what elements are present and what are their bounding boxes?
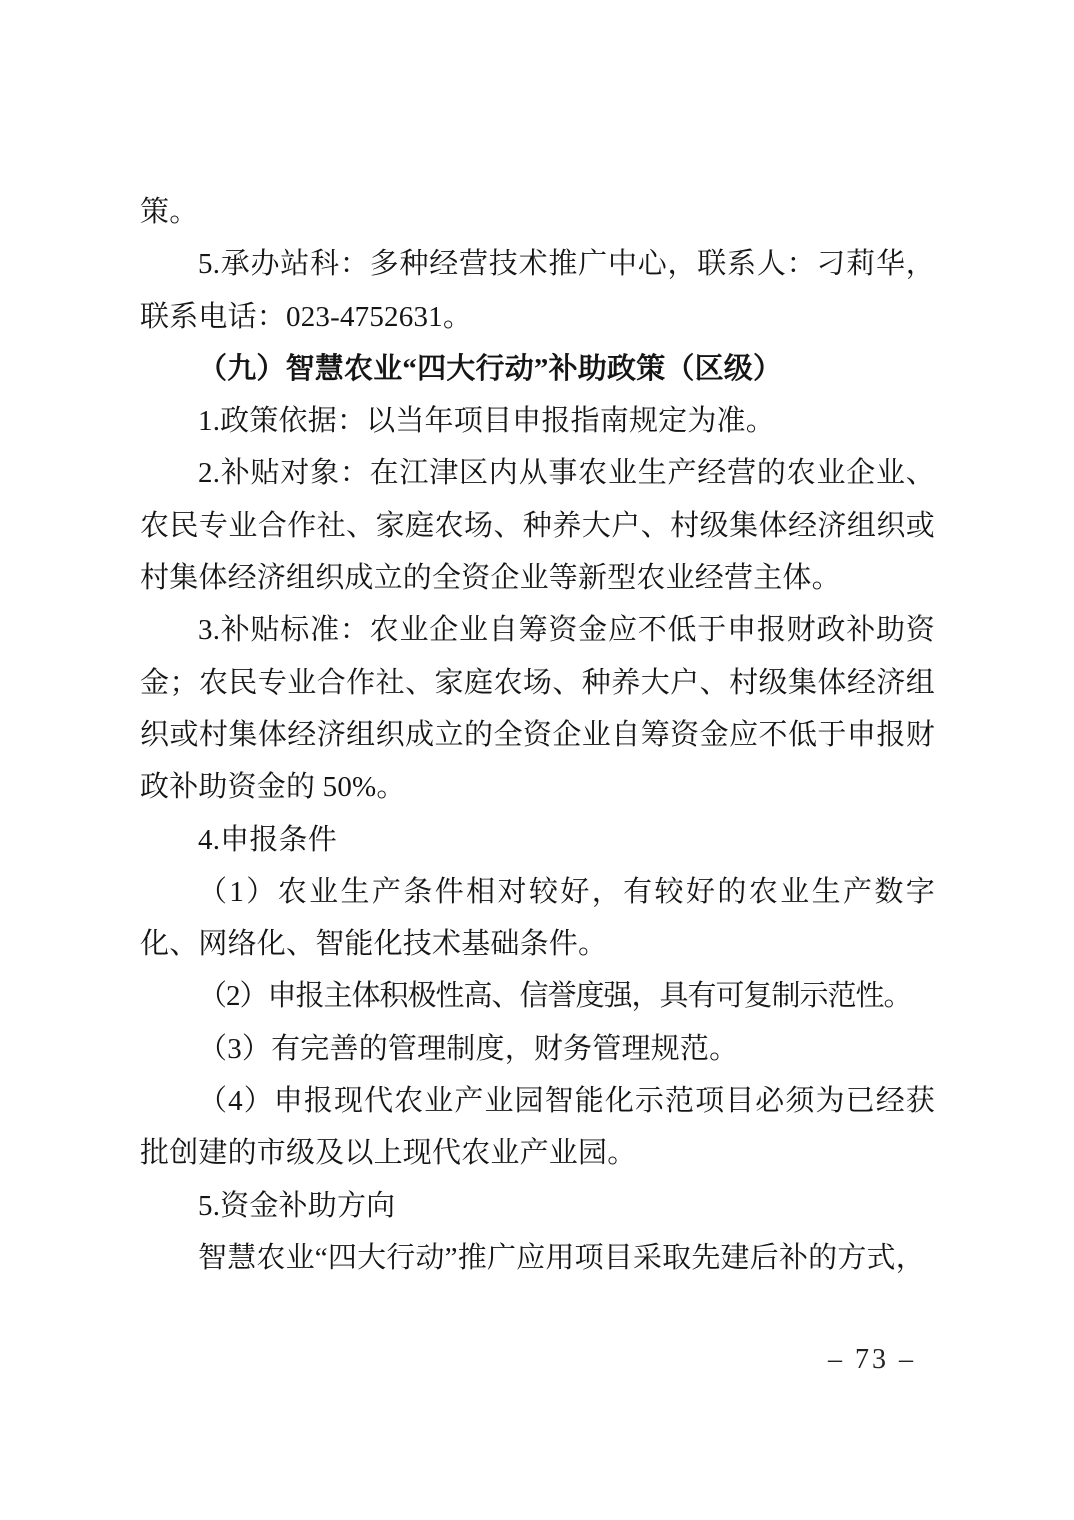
document-body: 策。 5.承办站科：多种经营技术推广中心，联系人：刁莉华，联系电话：023-47… bbox=[140, 186, 935, 1284]
paragraph-contact-info: 5.承办站科：多种经营技术推广中心，联系人：刁莉华，联系电话：023-47526… bbox=[140, 238, 935, 343]
paragraph-condition-4: （4）申报现代农业产业园智能化示范项目必须为已经获批创建的市级及以上现代农业产业… bbox=[140, 1075, 935, 1180]
paragraph-condition-2: （2）申报主体积极性高、信誉度强，具有可复制示范性。 bbox=[140, 970, 935, 1022]
paragraph-condition-3: （3）有完善的管理制度，财务管理规范。 bbox=[140, 1023, 935, 1075]
paragraph-condition-1: （1）农业生产条件相对较好，有较好的农业生产数字化、网络化、智能化技术基础条件。 bbox=[140, 866, 935, 971]
page-number: – 73 – bbox=[828, 1344, 916, 1376]
paragraph-policy-basis: 1.政策依据：以当年项目申报指南规定为准。 bbox=[140, 395, 935, 447]
paragraph-subsidy-standard: 3.补贴标准：农业企业自筹资金应不低于申报财政补助资金；农民专业合作社、家庭农场… bbox=[140, 604, 935, 813]
paragraph-continuation: 策。 bbox=[140, 186, 935, 238]
paragraph-funding-direction-body: 智慧农业“四大行动”推广应用项目采取先建后补的方式， bbox=[140, 1232, 935, 1284]
document-page: 策。 5.承办站科：多种经营技术推广中心，联系人：刁莉华，联系电话：023-47… bbox=[0, 0, 1074, 1520]
section-heading: （九）智慧农业“四大行动”补助政策（区级） bbox=[140, 343, 935, 395]
paragraph-application-conditions-title: 4.申报条件 bbox=[140, 814, 935, 866]
paragraph-subsidy-targets: 2.补贴对象：在江津区内从事农业生产经营的农业企业、农民专业合作社、家庭农场、种… bbox=[140, 447, 935, 604]
paragraph-funding-direction-title: 5.资金补助方向 bbox=[140, 1180, 935, 1232]
